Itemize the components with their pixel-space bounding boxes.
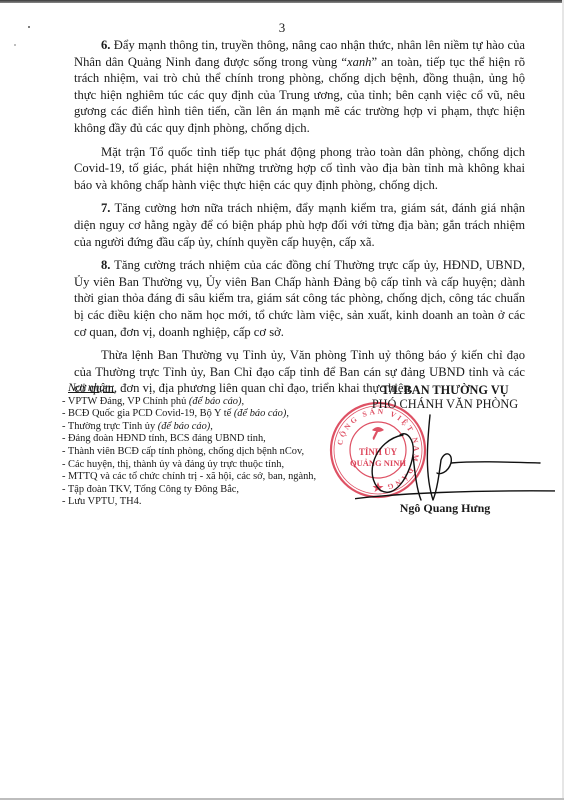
recipients-title: Nơi nhận: [68,382,352,395]
recipient-item: - VPTW Đảng, VP Chính phủ (để báo cáo), [62,396,352,409]
paragraph-front: Mặt trận Tổ quốc tỉnh tiếp tục phát động… [74,144,525,194]
recipients-block: Nơi nhận: - VPTW Đảng, VP Chính phủ (để … [62,382,352,509]
paragraph-8: 8. Tăng cường trách nhiệm của các đồng c… [74,257,525,340]
document-body: 6. Đẩy mạnh thông tin, truyền thông, nân… [74,37,525,404]
emphasis: xanh [347,55,371,69]
scan-speck [14,44,16,46]
recipient-item: - Lưu VPTU, TH4. [62,496,352,509]
signer-authority: T/L BAN THƯỜNG VỤ [340,383,550,397]
page-number: 3 [0,20,564,36]
recipient-item: - Các huyện, thị, thành ủy và đảng ủy tr… [62,459,352,472]
handwritten-signature-icon [355,405,555,515]
recipient-item: - BCĐ Quốc gia PCD Covid-19, Bộ Y tế (để… [62,408,352,421]
recipients-list: - VPTW Đảng, VP Chính phủ (để báo cáo), … [62,396,352,509]
recipient-item: - Thành viên BCĐ cấp tỉnh phòng, chống d… [62,446,352,459]
recipient-item: - Thường trực Tỉnh ủy (để báo cáo), [62,421,352,434]
paragraph-7: 7. Tăng cường hơn nữa trách nhiệm, đẩy m… [74,200,525,250]
paragraph-6: 6. Đẩy mạnh thông tin, truyền thông, nân… [74,37,525,137]
scan-top-edge [0,0,564,3]
recipient-item: - Đảng đoàn HĐND tỉnh, BCS đảng UBND tỉn… [62,433,352,446]
recipient-item: - Tập đoàn TKV, Tổng Công ty Đông Bắc, [62,484,352,497]
recipient-item: - MTTQ và các tổ chức chính trị - xã hội… [62,471,352,484]
